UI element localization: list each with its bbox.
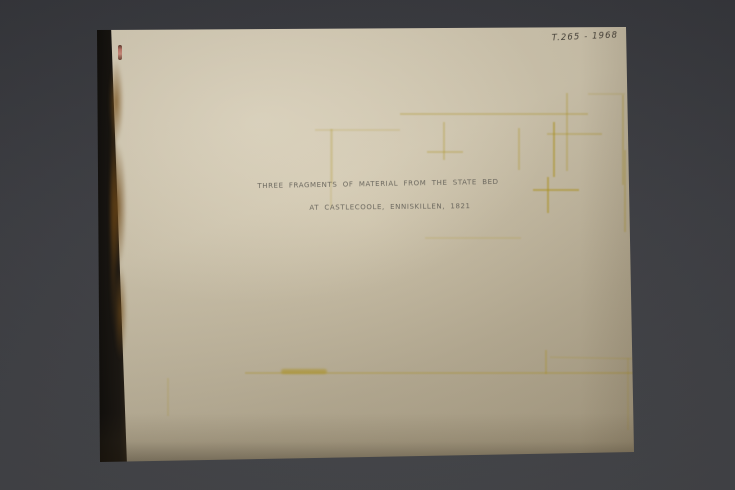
cover-right-shading [580,25,640,465]
stain-mark [281,369,327,374]
stain-mark [443,122,445,160]
handwritten-title-line2: AT CASTLECOOLE, ENNISKILLEN, 1821 [300,202,480,212]
stain-mark [518,128,520,170]
stain-mark [547,177,549,213]
stain-mark [315,129,400,131]
stain-mark [427,151,463,153]
spine-stain [105,39,133,389]
stain-mark [553,122,555,177]
stain-mark [566,93,568,171]
handwritten-title-line1: THREE FRAGMENTS OF MATERIAL FROM THE STA… [255,178,501,190]
stain-mark [533,189,579,191]
album-cover: THREE FRAGMENTS OF MATERIAL FROM THE STA… [95,25,640,465]
stain-mark [425,237,521,239]
photo-stage: THREE FRAGMENTS OF MATERIAL FROM THE STA… [0,0,735,490]
cover-bottom-shading [95,413,640,465]
stain-mark [167,378,169,416]
staple [118,45,122,60]
cover-top-highlight [95,25,640,28]
stain-mark [545,350,547,374]
stain-mark [400,113,588,115]
stain-mark [330,129,332,207]
